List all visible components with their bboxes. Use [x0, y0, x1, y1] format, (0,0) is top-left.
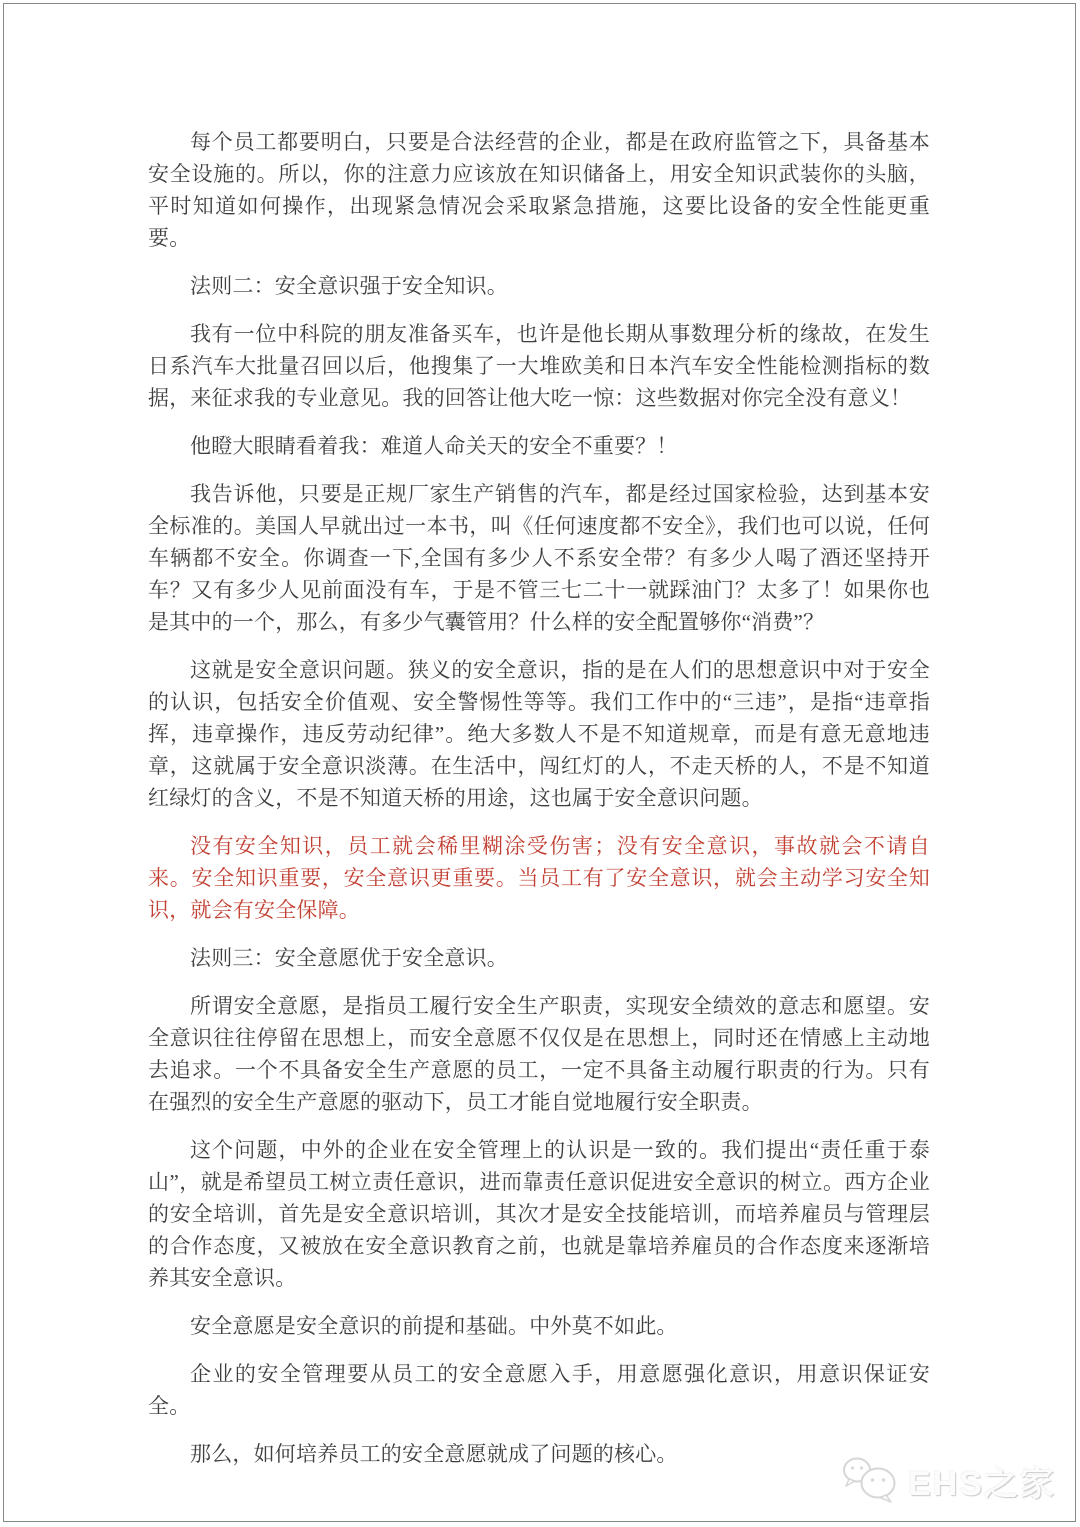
paragraph: 每个员工都要明白，只要是合法经营的企业，都是在政府监管之下，具备基本安全设施的。…	[148, 126, 930, 254]
paragraph: 安全意愿是安全意识的前提和基础。中外莫不如此。	[148, 1310, 930, 1342]
watermark-label: EHS之家	[908, 1456, 1056, 1505]
wechat-icon	[842, 1455, 898, 1505]
highlight-paragraph: 没有安全知识，员工就会稀里糊涂受伤害；没有安全意识，事故就会不请自来。安全知识重…	[148, 830, 930, 926]
paragraph: 他瞪大眼睛看着我：难道人命关天的安全不重要？！	[148, 430, 930, 462]
paragraph: 企业的安全管理要从员工的安全意愿入手，用意愿强化意识，用意识保证安全。	[148, 1358, 930, 1422]
paragraph: 这个问题，中外的企业在安全管理上的认识是一致的。我们提出“责任重于泰山”，就是希…	[148, 1134, 930, 1294]
paragraph: 所谓安全意愿，是指员工履行安全生产职责，实现安全绩效的意志和愿望。安全意识往往停…	[148, 990, 930, 1118]
document-body: 每个员工都要明白，只要是合法经营的企业，都是在政府监管之下，具备基本安全设施的。…	[148, 126, 930, 1486]
paragraph: 这就是安全意识问题。狭义的安全意识，指的是在人们的思想意识中对于安全的认识，包括…	[148, 654, 930, 814]
ehs-home-watermark: EHS之家	[842, 1455, 1056, 1505]
paragraph: 我告诉他，只要是正规厂家生产销售的汽车，都是经过国家检验，达到基本安全标准的。美…	[148, 478, 930, 638]
rule-heading: 法则二：安全意识强于安全知识。	[148, 270, 930, 302]
paragraph: 我有一位中科院的朋友准备买车，也许是他长期从事数理分析的缘故，在发生日系汽车大批…	[148, 318, 930, 414]
paragraph: 那么，如何培养员工的安全意愿就成了问题的核心。	[148, 1438, 930, 1470]
rule-heading: 法则三：安全意愿优于安全意识。	[148, 942, 930, 974]
